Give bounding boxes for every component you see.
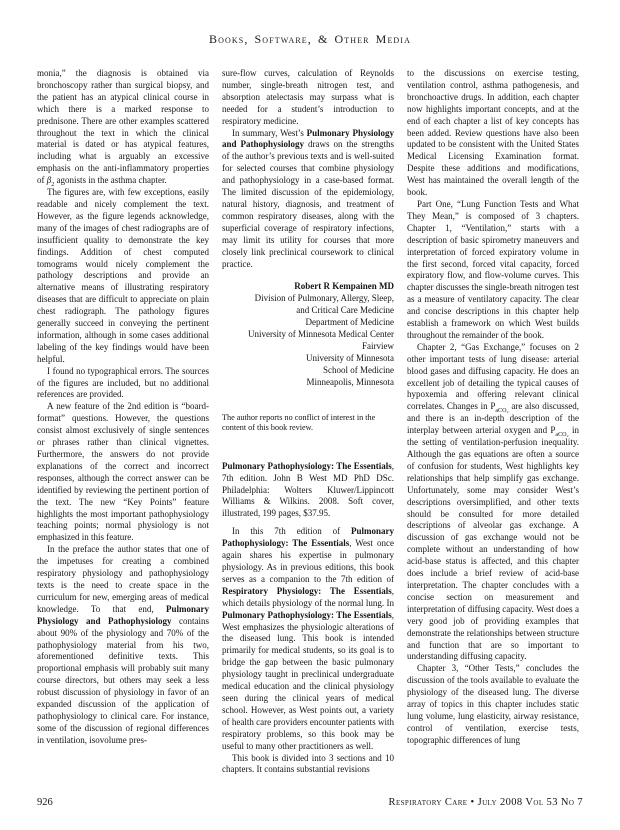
journal-footer-line: Respiratory Care • July 2008 Vol 53 No 7: [389, 797, 583, 808]
signature-line: Minneapolis, Minnesota: [222, 377, 394, 389]
column-3: to the discussions on exercise testing, …: [407, 68, 579, 776]
column-2: sure-flow curves, calculation of Reynold…: [222, 68, 394, 776]
signature-line: University of Minnesota: [222, 353, 394, 365]
paragraph: In this 7th edition of Pulmonary Pathoph…: [222, 526, 394, 752]
signature-line: and Critical Care Medicine: [222, 305, 394, 317]
page-number: 926: [37, 797, 53, 808]
page-content: monia,” the diagnosis is obtained via br…: [0, 68, 620, 776]
signature-line: University of Minnesota Medical Center: [222, 329, 394, 341]
signature-line: Fairview: [222, 341, 394, 353]
journal-page: Books, Software, & Other Media monia,” t…: [0, 0, 620, 830]
reviewer-name: Robert R Kempainen MD: [222, 281, 394, 293]
page-footer: 926 Respiratory Care • July 2008 Vol 53 …: [37, 797, 583, 808]
paragraph: Chapter 2, “Gas Exchange,” focuses on 2 …: [407, 342, 579, 663]
signature-line: Division of Pulmonary, Allergy, Sleep,: [222, 293, 394, 305]
reviewer-signature-block: Robert R Kempainen MDDivision of Pulmona…: [222, 281, 394, 388]
signature-line: School of Medicine: [222, 365, 394, 377]
paragraph: to the discussions on exercise testing, …: [407, 68, 579, 199]
paragraph: monia,” the diagnosis is obtained via br…: [37, 68, 209, 187]
paragraph: In summary, West’s Pulmonary Physiology …: [222, 128, 394, 271]
paragraph: Part One, “Lung Function Tests and What …: [407, 199, 579, 342]
signature-line: Department of Medicine: [222, 317, 394, 329]
paragraph: The figures are, with few exceptions, ea…: [37, 187, 209, 366]
section-header: Books, Software, & Other Media: [0, 0, 620, 47]
paragraph: sure-flow curves, calculation of Reynold…: [222, 68, 394, 128]
paragraph: This book is divided into 3 sections and…: [222, 753, 394, 777]
paragraph: In the preface the author states that on…: [37, 544, 209, 746]
paragraph: Chapter 3, “Other Tests,” concludes the …: [407, 663, 579, 746]
disclosure-note: The author reports no conflict of intere…: [222, 413, 394, 434]
book-citation: Pulmonary Pathophysiology: The Essential…: [222, 461, 394, 521]
section-title: Books, Software, & Other Media: [209, 32, 411, 46]
paragraph: I found no typographical errors. The sou…: [37, 366, 209, 402]
paragraph: A new feature of the 2nd edition is “boa…: [37, 401, 209, 544]
column-1: monia,” the diagnosis is obtained via br…: [37, 68, 209, 776]
